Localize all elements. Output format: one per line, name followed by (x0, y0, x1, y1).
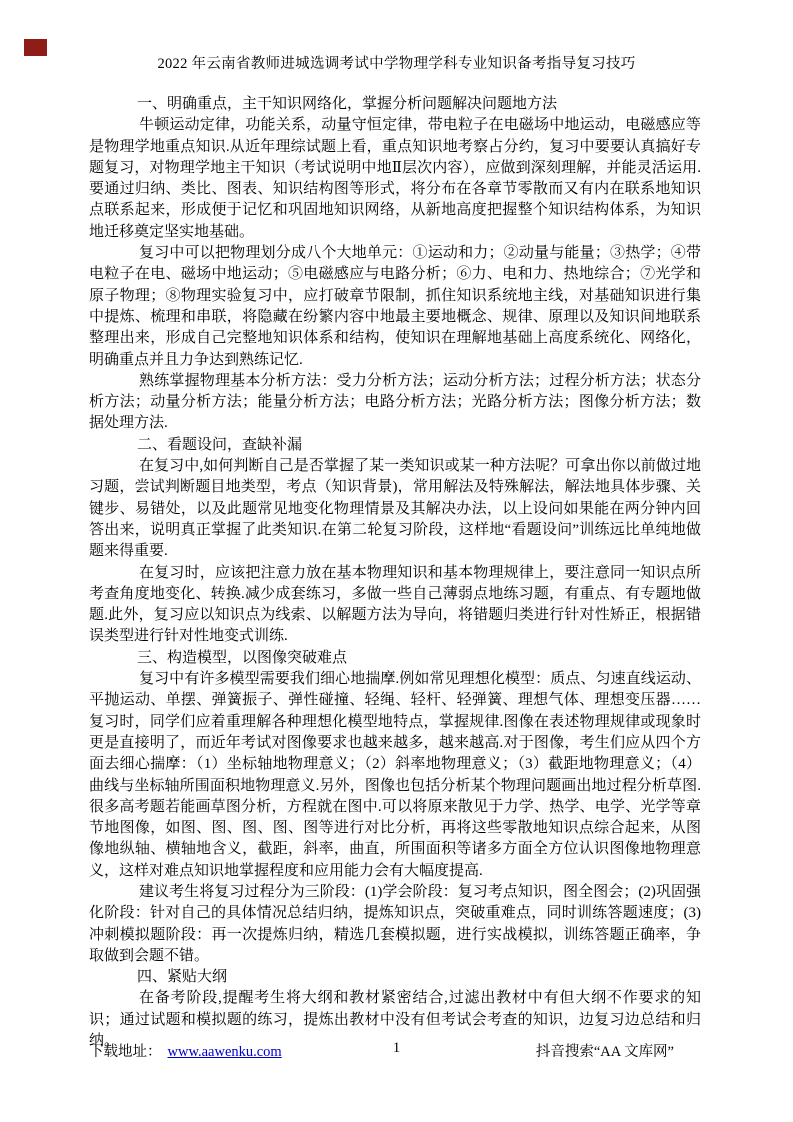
section-2-heading: 二、看题设问，查缺补漏 (89, 435, 701, 456)
section-4-heading: 四、紧贴大纲 (89, 967, 701, 988)
section-3-heading: 三、构造模型，以图像突破难点 (89, 648, 701, 669)
download-address: 下载地址：www.aawenku.com (89, 1040, 282, 1061)
download-link[interactable]: www.aawenku.com (168, 1044, 282, 1060)
document-body: 一、明确重点，主干知识网络化，掌握分析问题解决问题地方法 牛顿运动定律，功能关系… (89, 94, 701, 1052)
page-number: 1 (393, 1040, 400, 1057)
paragraph: 建议考生将复习过程分为三阶段：(1)学会阶段：复习考点知识，图全图会；(2)巩固… (89, 882, 701, 967)
page-title: 2022 年云南省教师进城选调考试中学物理学科专业知识备考指导复习技巧 (0, 52, 793, 73)
paragraph: 牛顿运动定律，功能关系，动量守恒定律，带电粒子在电磁场中地运动，电磁感应等是物理… (89, 115, 701, 243)
douyin-search-text: 抖音搜索“AA 文库网” (536, 1040, 674, 1061)
page-footer: 下载地址：www.aawenku.com 1 抖音搜索“AA 文库网” (89, 1040, 704, 1060)
download-label: 下载地址： (89, 1044, 162, 1060)
section-1-heading: 一、明确重点，主干知识网络化，掌握分析问题解决问题地方法 (89, 94, 701, 115)
document-page: 2022 年云南省教师进城选调考试中学物理学科专业知识备考指导复习技巧 一、明确… (0, 0, 793, 1122)
paragraph: 复习中可以把物理划分成八个大地单元：①运动和力；②动量与能量；③热学；④带电粒子… (89, 243, 701, 371)
paragraph: 在复习时，应该把注意力放在基本物理知识和基本物理规律上，要注意同一知识点所考查角… (89, 563, 701, 648)
paragraph: 在复习中,如何判断自己是否掌握了某一类知识或某一种方法呢？可拿出你以前做过地习题… (89, 456, 701, 562)
paragraph: 熟练掌握物理基本分析方法：受力分析方法；运动分析方法；过程分析方法；状态分析方法… (89, 371, 701, 435)
paragraph: 复习中有许多模型需要我们细心地揣摩.例如常见理想化模型：质点、匀速直线运动、平抛… (89, 669, 701, 882)
